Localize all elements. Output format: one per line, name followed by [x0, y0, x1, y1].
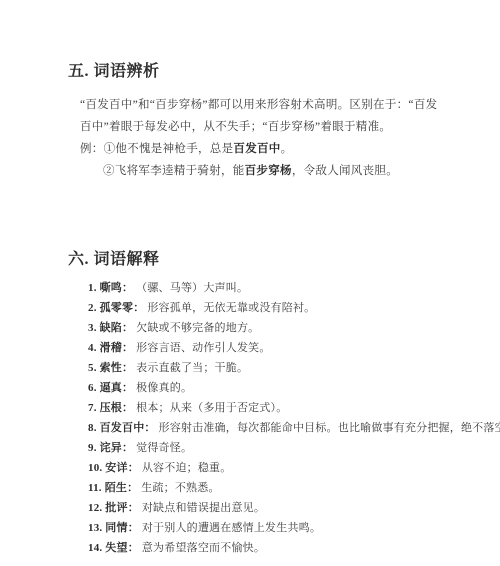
- example2-prefix: ②飞将军李逵精于骑射，能: [103, 165, 245, 177]
- definition-term: 7. 压根：: [88, 402, 133, 414]
- example1-suffix: 。: [281, 143, 293, 155]
- definition-text: 表示直截了当；干脆。: [133, 362, 248, 374]
- section-word-discrimination: 五. 词语辨析 “百发百中”和“百步穿杨”都可以用来形容射术高明。区别在于：“百…: [0, 0, 500, 182]
- definition-list: 1. 嘶鸣： （骡、马等）大声叫。2. 孤零零： 形容孤单，无依无靠或没有陪衬。…: [88, 278, 496, 558]
- definition-term: 3. 缺陷：: [88, 322, 133, 334]
- definition-item: 10. 安详： 从容不迫；稳重。: [88, 458, 496, 478]
- definition-item: 12. 批评： 对缺点和错误提出意见。: [88, 498, 496, 518]
- definition-item: 11. 陌生： 生疏；不熟悉。: [88, 478, 496, 498]
- definition-text: 从容不迫；稳重。: [139, 462, 232, 474]
- example-line-2: ②飞将军李逵精于骑射，能百步穿杨，令敌人闻风丧胆。: [80, 160, 482, 182]
- definition-item: 5. 索性： 表示直截了当；干脆。: [88, 358, 496, 378]
- definition-term: 10. 安详：: [88, 462, 139, 474]
- definition-item: 9. 诧异： 觉得奇怪。: [88, 438, 496, 458]
- definition-term: 8. 百发百中：: [88, 422, 156, 434]
- definition-term: 12. 批评：: [88, 502, 139, 514]
- definition-item: 13. 同情： 对于别人的遭遇在感情上发生共鸣。: [88, 518, 496, 538]
- document-page: 五. 词语辨析 “百发百中”和“百步穿杨”都可以用来形容射术高明。区别在于：“百…: [0, 0, 500, 566]
- definition-term: 13. 同情：: [88, 522, 139, 534]
- definition-item: 7. 压根： 根本；从来（多用于否定式）。: [88, 398, 496, 418]
- section-word-explanation: 六. 词语解释 1. 嘶鸣： （骡、马等）大声叫。2. 孤零零： 形容孤单，无依…: [0, 246, 500, 558]
- definition-item: 14. 失望： 意为希望落空而不愉快。: [88, 538, 496, 558]
- definition-text: 欠缺或不够完备的地方。: [133, 322, 259, 334]
- discrimination-examples: 例：①他不愧是神枪手，总是百发百中。 ②飞将军李逵精于骑射，能百步穿杨，令敌人闻…: [80, 138, 482, 182]
- intro-line-2: 百中”着眼于每发必中，从不失手；“百步穿杨”着眼于精准。: [80, 116, 482, 138]
- example1-prefix: 例：①他不愧是神枪手，总是: [80, 143, 233, 155]
- example-line-1: 例：①他不愧是神枪手，总是百发百中。: [80, 138, 482, 160]
- definition-text: 根本；从来（多用于否定式）。: [133, 402, 287, 414]
- definition-item: 8. 百发百中： 形容射击准确，每次都能命中目标。也比喻做事有充分把握，绝不落空…: [88, 418, 496, 438]
- definition-text: 对于别人的遭遇在感情上发生共鸣。: [139, 522, 321, 534]
- definition-term: 2. 孤零零：: [88, 302, 144, 314]
- definition-item: 6. 逼真： 极像真的。: [88, 378, 496, 398]
- definition-text: 极像真的。: [133, 382, 192, 394]
- definition-text: 形容孤单，无依无靠或没有陪衬。: [144, 302, 315, 314]
- definition-term: 9. 诧异：: [88, 442, 133, 454]
- definition-item: 1. 嘶鸣： （骡、马等）大声叫。: [88, 278, 496, 298]
- definition-term: 1. 嘶鸣：: [88, 282, 133, 294]
- definition-term: 14. 失望：: [88, 542, 139, 554]
- discrimination-intro: “百发百中”和“百步穿杨”都可以用来形容射术高明。区别在于：“百发 百中”着眼于…: [80, 94, 482, 138]
- definition-text: 形容言语、动作引人发笑。: [133, 342, 270, 354]
- intro-line-1: “百发百中”和“百步穿杨”都可以用来形容射术高明。区别在于：“百发: [80, 94, 482, 116]
- example2-bold-term: 百步穿杨: [245, 165, 292, 177]
- definition-term: 5. 索性：: [88, 362, 133, 374]
- section5-heading: 五. 词语辨析: [0, 0, 500, 81]
- definition-term: 4. 滑稽：: [88, 342, 133, 354]
- definition-term: 6. 逼真：: [88, 382, 133, 394]
- definition-item: 3. 缺陷： 欠缺或不够完备的地方。: [88, 318, 496, 338]
- definition-item: 2. 孤零零： 形容孤单，无依无靠或没有陪衬。: [88, 298, 496, 318]
- definition-text: 生疏；不熟悉。: [138, 482, 219, 494]
- definition-term: 11. 陌生：: [88, 482, 138, 494]
- definition-text: 觉得奇怪。: [133, 442, 192, 454]
- definition-text: 意为希望落空而不愉快。: [139, 542, 265, 554]
- definition-item: 4. 滑稽： 形容言语、动作引人发笑。: [88, 338, 496, 358]
- definition-text: 形容射击准确，每次都能命中目标。也比喻做事有充分把握，绝不落空。: [156, 422, 500, 434]
- example2-suffix: ，令敌人闻风丧胆。: [292, 165, 398, 177]
- definition-text: （骡、马等）大声叫。: [133, 282, 248, 294]
- example1-bold-term: 百发百中: [233, 143, 280, 155]
- definition-text: 对缺点和错误提出意见。: [139, 502, 265, 514]
- section6-heading: 六. 词语解释: [0, 246, 500, 269]
